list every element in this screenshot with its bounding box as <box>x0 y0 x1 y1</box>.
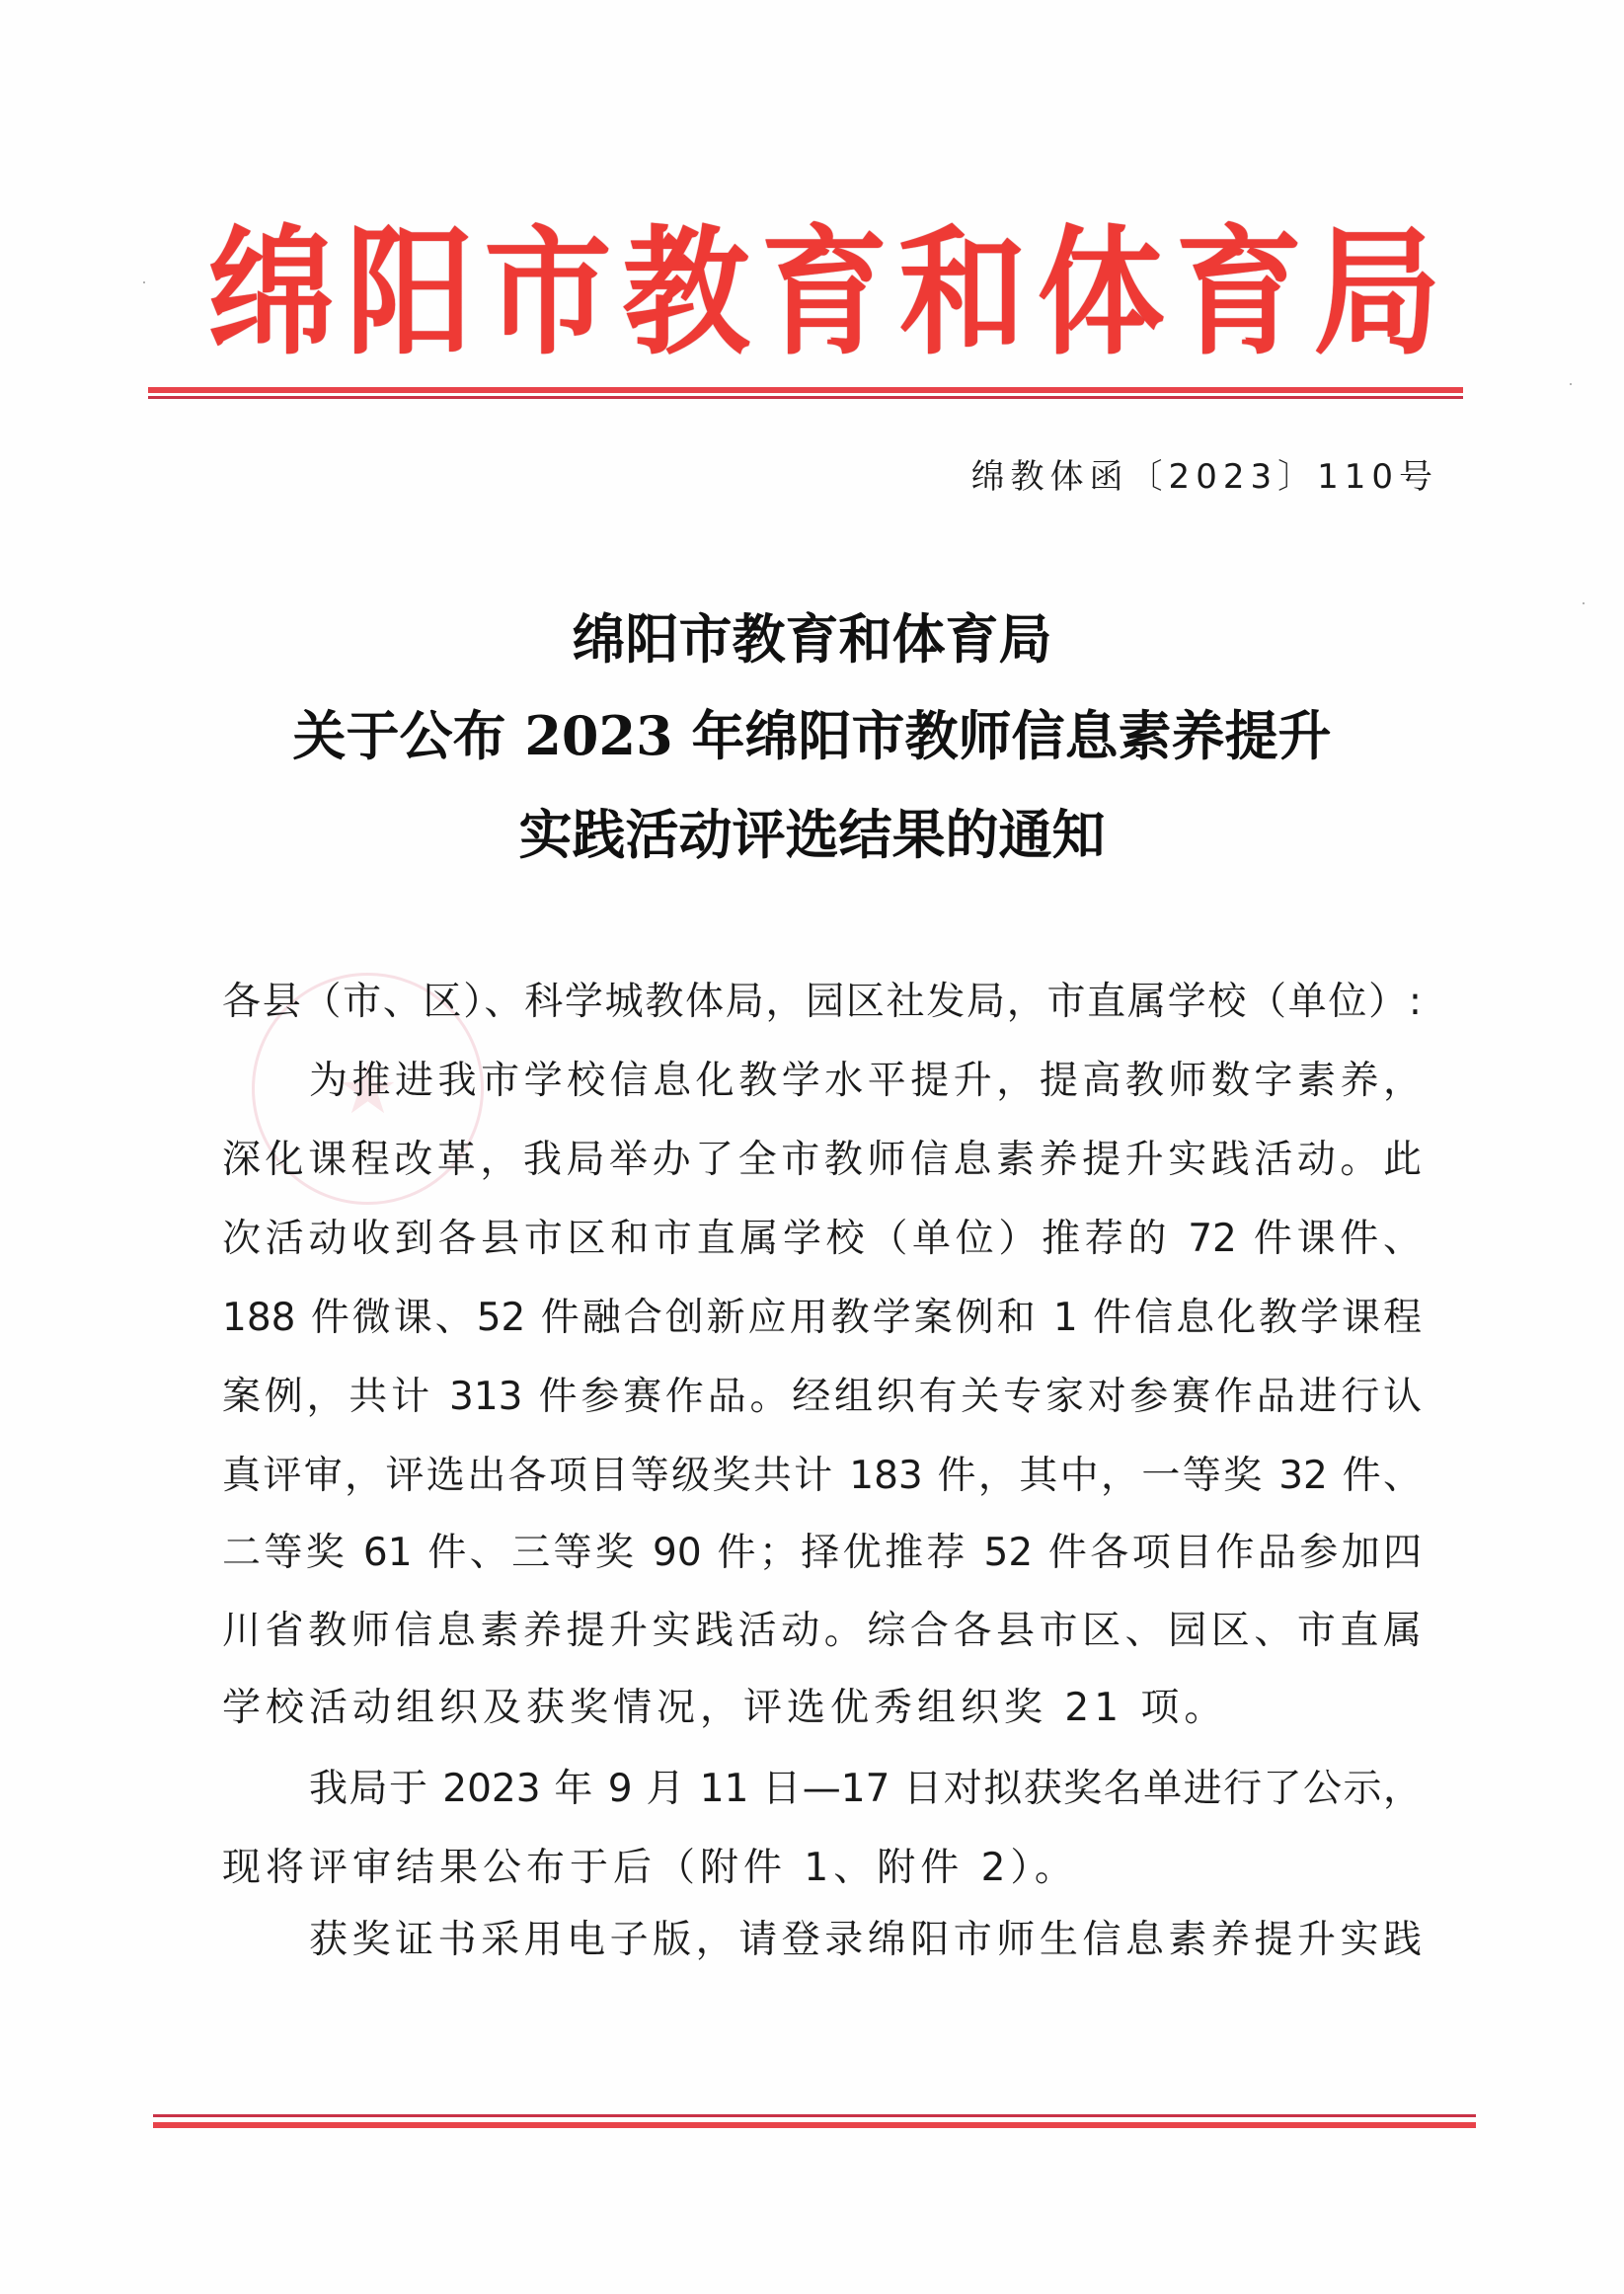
document-number: 绵教体函〔2023〕110号 <box>971 449 1438 505</box>
letterhead-title: 绵 阳 市 教 育 和 体 育 局 <box>202 219 1412 367</box>
body-line: 案例，共计 313 件参赛作品。经组织有关专家对参赛作品进行认 <box>222 1368 1422 1427</box>
letterhead-glyph: 绵 <box>208 219 336 367</box>
body-line: 我局于 2023 年 9 月 11 日—17 日对拟获奖名单进行了公示， <box>309 1760 1422 1819</box>
body-line: 188 件微课、52 件融合创新应用教学案例和 1 件信息化教学课程 <box>222 1289 1422 1348</box>
letterhead-glyph: 局 <box>1314 219 1441 367</box>
scan-speck <box>1583 602 1585 604</box>
salutation: 各县（市、区）、科学城教体局，园区社发局，市直属学校（单位）: <box>222 973 1422 1032</box>
title-line-3: 实践活动评选结果的通知 <box>0 800 1624 869</box>
body-line: 真评审，评选出各项目等级奖共计 183 件，其中，一等奖 32 件、 <box>222 1447 1422 1506</box>
body-line: 现将评审结果公布于后（附件 1、附件 2）。 <box>222 1839 1422 1898</box>
body-line: 学校活动组织及获奖情况，评选优秀组织奖 21 项。 <box>222 1679 1422 1738</box>
letterhead-rule-thick <box>148 387 1463 393</box>
body-line: 川省教师信息素养提升实践活动。综合各县市区、园区、市直属 <box>222 1602 1422 1661</box>
body-line: 深化课程改革，我局举办了全市教师信息素养提升实践活动。此 <box>222 1131 1422 1190</box>
letterhead-rule-thin <box>148 396 1463 399</box>
body-line: 为推进我市学校信息化教学水平提升，提高教师数字素养， <box>309 1052 1422 1111</box>
letterhead-glyph: 和 <box>899 219 1027 367</box>
footer-rule-thick <box>153 2122 1476 2128</box>
letterhead-glyph: 育 <box>761 219 889 367</box>
body-line: 次活动收到各县市区和市直属学校（单位）推荐的 72 件课件、 <box>222 1210 1422 1269</box>
letterhead-glyph: 教 <box>623 219 750 367</box>
letterhead-glyph: 育 <box>1176 219 1303 367</box>
document-page: 绵 阳 市 教 育 和 体 育 局 绵教体函〔2023〕110号 绵阳市教育和体… <box>0 0 1624 2294</box>
title-line-1: 绵阳市教育和体育局 <box>0 604 1624 673</box>
letterhead-glyph: 阳 <box>347 219 474 367</box>
scan-speck <box>1570 383 1572 385</box>
letterhead-glyph: 市 <box>485 219 612 367</box>
body-line: 获奖证书采用电子版，请登录绵阳市师生信息素养提升实践 <box>309 1911 1422 1970</box>
body-line: 二等奖 61 件、三等奖 90 件；择优推荐 52 件各项目作品参加四 <box>222 1524 1422 1583</box>
letterhead-glyph: 体 <box>1038 219 1165 367</box>
scan-speck <box>143 281 145 283</box>
title-line-2: 关于公布 2023 年绵阳市教师信息素养提升 <box>0 701 1624 770</box>
footer-rule-thin <box>153 2114 1476 2117</box>
